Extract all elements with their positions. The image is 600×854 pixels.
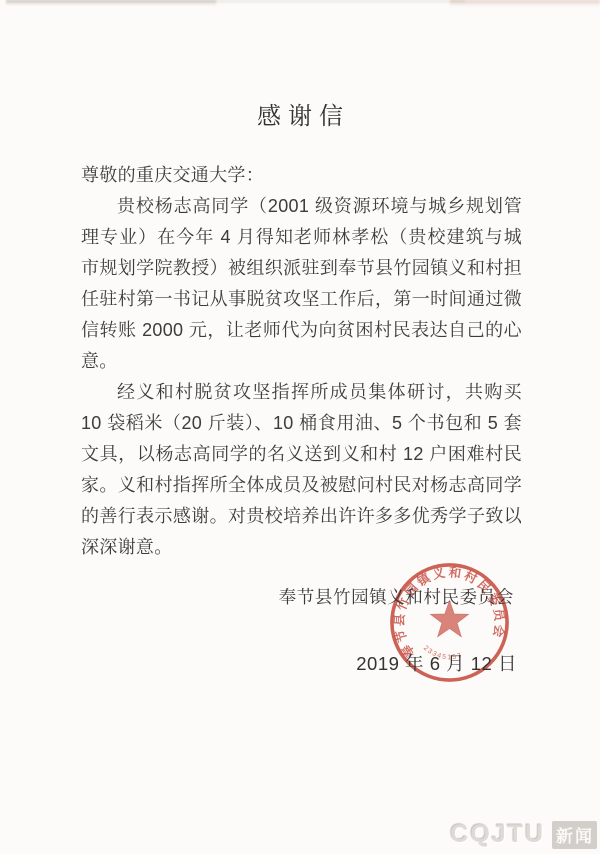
scan-artifact-top-right xyxy=(450,0,600,7)
scanned-letter-page: 感谢信 尊敬的重庆交通大学： 贵校杨志高同学（2001 级资源环境与城乡规划管理… xyxy=(0,0,600,854)
watermark-latin-logo: CQJTU xyxy=(450,820,545,849)
scan-artifact-top-mid xyxy=(215,0,465,4)
letter-paragraph-2: 经义和村脱贫攻坚指挥所成员集体研讨，共购买 10 袋稻米（20 斤装）、10 桶… xyxy=(81,377,522,563)
watermark-cjk-badge: 新闻 xyxy=(552,821,597,849)
letter-salutation: 尊敬的重庆交通大学： xyxy=(81,160,522,191)
letter-paragraph-1: 贵校杨志高同学（2001 级资源环境与城乡规划管理专业）在今年 4 月得知老师林… xyxy=(81,191,522,377)
letter-body: 尊敬的重庆交通大学： 贵校杨志高同学（2001 级资源环境与城乡规划管理专业）在… xyxy=(81,160,522,563)
signature-committee-name: 奉节县竹园镇义和村民委员会 xyxy=(0,584,514,609)
letter-date: 2019 年 6 月 12 日 xyxy=(0,650,517,676)
site-watermark: CQJTU 新闻 xyxy=(450,820,597,849)
letter-title: 感谢信 xyxy=(0,96,600,131)
scan-artifact-top-left xyxy=(6,0,216,6)
